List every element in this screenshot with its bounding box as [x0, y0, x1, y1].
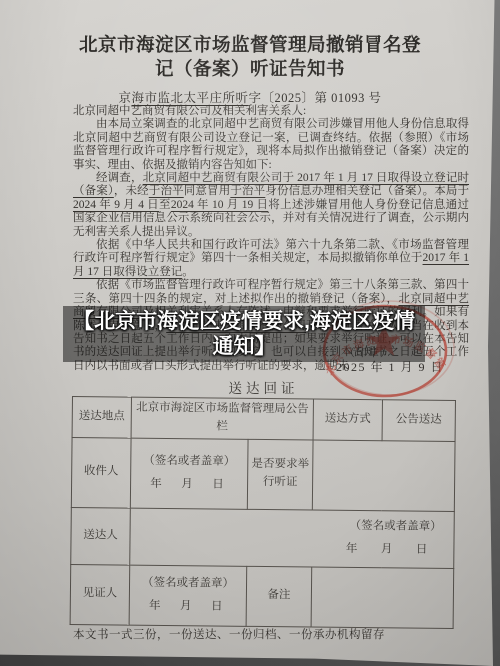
body-paragraph: 北京同超中艺商贸有限公司及相关利害关系人:	[73, 105, 469, 118]
label-server: 送达人	[71, 507, 131, 565]
caption-line-1: 【北京市海淀区疫情要求,海淀区疫情	[73, 309, 415, 334]
signature-hint: （签名或者盖章）	[133, 516, 442, 537]
label-hearing-request: 是否要求举行听证	[247, 439, 313, 510]
doc-number-office: 海市监北太平庄所听	[131, 91, 248, 105]
caption-line-2: 通知】	[213, 334, 276, 359]
label-remarks: 备注	[246, 566, 312, 627]
delivery-receipt-table: 送达地点 北京市海淀区市场监督管理局公告栏 送达方式 公告送达 收件人 （签名或…	[70, 396, 456, 629]
table-row: 见证人 （签名或者盖章） 年 月 日 备注	[70, 564, 454, 628]
label-witness: 见证人	[70, 564, 130, 625]
date-blank: 年 月 日	[132, 539, 433, 560]
photographed-document: 北京市海淀区市场监督管理局撤销冒名登记（备案）听证告知书 京海市监北太平庄所听字…	[0, 0, 500, 666]
label-delivery-location: 送达地点	[72, 397, 131, 438]
witness-signature-cell: （签名或者盖章） 年 月 日	[129, 565, 247, 626]
table-row: 送达人 （签名或者盖章） 年 月 日	[71, 507, 455, 568]
date-blank: 年 月 日	[132, 597, 244, 616]
body-paragraph: 经调查，北京同超中艺商贸有限公司于 2017 年 1 月 17 日取得设立登记时…	[73, 172, 469, 239]
signature-hint: （签名或者盖章）	[133, 452, 245, 471]
doc-number-suffix: 字〔2025〕第 01093 号	[249, 91, 382, 105]
label-recipient: 收件人	[71, 437, 131, 508]
date-blank: 年 月 日	[133, 475, 245, 494]
page-title: 北京市海淀区市场监督管理局撤销冒名登记（备案）听证告知书	[72, 34, 428, 82]
body-paragraph: 由本局立案调查的北京同超中艺商贸有限公司涉嫌冒用他人身份信息取得北京同超中艺商贸…	[73, 118, 469, 172]
remarks-empty-cell	[311, 567, 454, 628]
doc-number-prefix: 京	[118, 91, 131, 105]
copies-note: 本文书一式三份，一份送达、一份归档、一份承办机构留存	[73, 626, 385, 642]
recipient-signature-cell: （签名或者盖章） 年 月 日	[130, 438, 248, 509]
body-paragraph: 依据《中华人民共和国行政许可法》第六十九条第二款、《市场监督管理行政许可程序暂行…	[73, 239, 469, 279]
doc-number: 京海市监北太平庄所听字〔2025〕第 01093 号	[0, 88, 500, 106]
value-delivery-location: 北京市海淀区市场监督管理局公告栏	[131, 397, 313, 440]
table-row: 收件人 （签名或者盖章） 年 月 日 是否要求举行听证	[71, 437, 455, 511]
signature-hint: （签名或者盖章）	[132, 574, 244, 593]
server-signature-cell: （签名或者盖章） 年 月 日	[130, 508, 455, 568]
hearing-request-empty-cell	[312, 440, 455, 511]
caption-overlay: 【北京市海淀区疫情要求,海淀区疫情 通知】	[63, 306, 425, 362]
